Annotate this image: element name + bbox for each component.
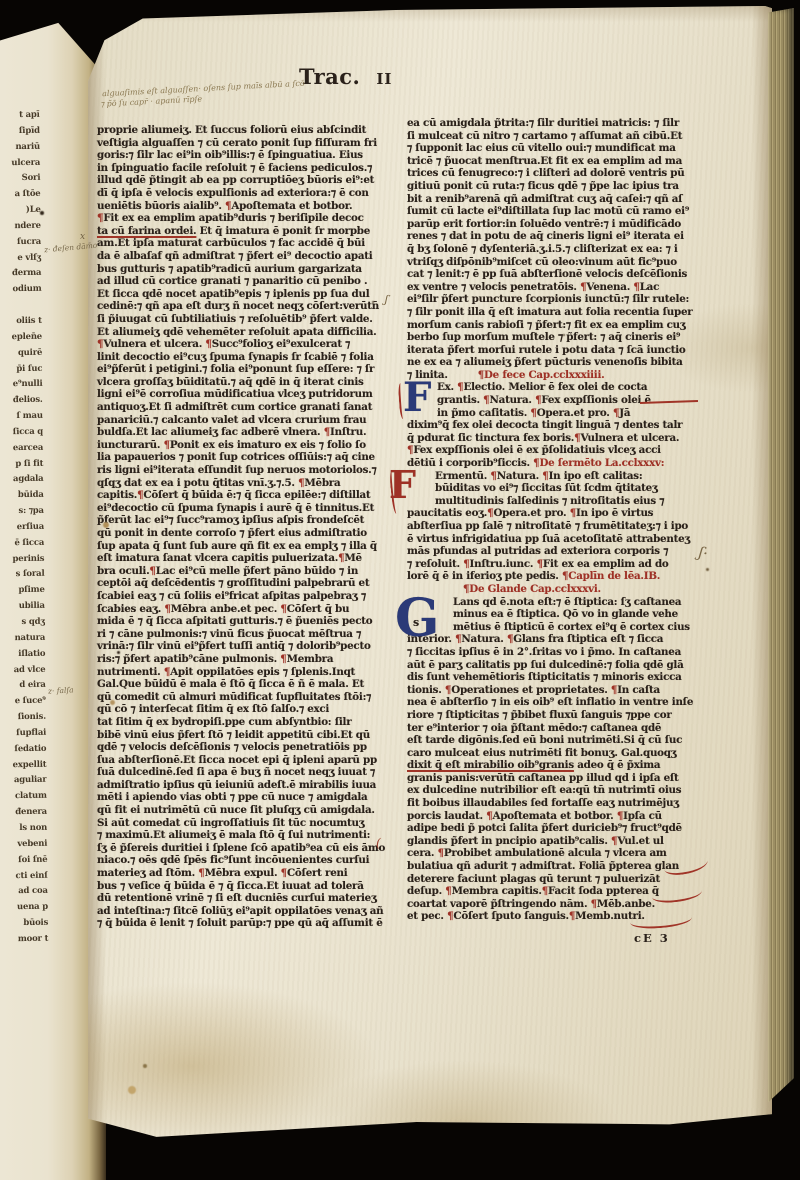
text-line: glandis p̃fert in pncipio apatib⁹calis. …: [407, 835, 709, 848]
text-line: vlcera groſſaʒ būiditatū.⁊ aq̄ qdē in q̄…: [97, 376, 399, 389]
text-line: tat ſitim q̄ ex bydropiſi.ppe cum abſynt…: [97, 716, 399, 729]
ink-spot: [103, 522, 109, 528]
text-line: materieʒ ad ſtōm. ¶Mēbra expul. ¶Cōſert …: [97, 867, 399, 880]
text-line: iuncturarū. ¶Ponit ex eis imaturo ex eis…: [97, 439, 399, 452]
text-line: lia papauerios ⁊ ponit ſup cotrices oſſi…: [97, 451, 399, 464]
marginal-note: x: [80, 232, 85, 242]
text-line: ei⁹p̃ferūt i petigini.⁊ folia ei⁹ponunt …: [97, 363, 399, 376]
edge-fragment: s qdʒ: [3, 615, 45, 631]
text-line: am.Et ipſa maturat carbūculos ⁊ fac acci…: [97, 237, 399, 250]
text-line: ⁊ ſupponit lac eius cū vitello oui:⁊ mun…: [407, 142, 709, 155]
edge-fragment: a ſtōe: [0, 187, 41, 203]
text-line: da ē albaſaf qñ admiſtrat ⁊ p̃fert ei⁹ d…: [97, 250, 399, 263]
text-line: ⁊ q̄ būida ē lenit ⁊ ſoluit parūp:⁊ ppe …: [97, 917, 399, 930]
text-line: ex ventre ⁊ velocis penetratōis. ¶Venena…: [407, 281, 709, 294]
ink-spot: [706, 568, 709, 571]
text-line: mētius ē ſtipticū ē cortex ei⁹q ē cortex…: [407, 621, 709, 634]
text-line: ſi p̃iuugat cū ſubtiliatiuis ⁊ reſoluēti…: [97, 313, 399, 326]
text-line: gitiuū ponit cū ruta:⁊ ficus qdē ⁊ p̃pe …: [407, 180, 709, 193]
text-line: qū ponit in dente corroſo ⁊ p̃fert eius …: [97, 527, 399, 540]
text-line: ¶Vulnera et ulcera. ¶Succ⁹folioʒ ei⁹exul…: [97, 338, 399, 351]
text-line: ris ligni ei⁹iterata eſſundit ſup neruos…: [97, 464, 399, 477]
text-line: renes ⁊ dat in potu de aq̄ cineris ligni…: [407, 230, 709, 243]
text-line: multitudinis ſalſedinis ⁊ nitroſitatis e…: [407, 495, 709, 508]
text-line: ſcabiei eaʒ ⁊ cū ſoliis ei⁹fricat aſpita…: [97, 590, 399, 603]
text-line: interior. ¶Natura. ¶Glans fra ſtiptica e…: [407, 633, 709, 646]
text-line: ea cū amigdala p̃trita:⁊ ſilr duritiei m…: [407, 117, 709, 130]
text-line: mēti i apiendo vias obti ⁊ ppe cū nuce ⁊…: [97, 791, 399, 804]
edge-fragment: pſime: [3, 583, 45, 599]
edge-fragment: p ſi fit: [1, 456, 43, 472]
edge-fragment: moor t: [6, 932, 48, 948]
edge-fragment: būida: [2, 488, 44, 504]
text-line: ⁊ maximū.Et aliumeiʒ ē mala ſtō q̄ ſui n…: [97, 829, 399, 842]
edge-fragment: būois: [6, 916, 48, 932]
text-line: Si aūt comedat cū ingroſſatiuis ſit tūc …: [97, 817, 399, 830]
text-line: eſt imatura ſanat vlcera capitis pulueri…: [97, 552, 399, 565]
text-line: ta cū farina ordei. Et q̄ imatura ē poni…: [97, 225, 399, 238]
edge-fragment: e⁹nulli: [0, 377, 42, 393]
text-line: granis panis:verūtn̄ caſtanea pp illud q…: [407, 772, 709, 785]
text-line: qū comedit cū almuri mūdificat ſupfluita…: [97, 691, 399, 704]
edge-fragment: ad vlce: [3, 662, 45, 678]
text-line: Et aliumeiʒ qdē vehemēter reſoluit apata…: [97, 326, 399, 339]
edge-fragment: ſoi ſnē: [5, 852, 47, 868]
text-line: qū fit ei nutrimētū cū nuce ſit pluſqʒ c…: [97, 804, 399, 817]
text-line: deterere faciunt plagas qū terunt ⁊ pulu…: [407, 873, 709, 886]
edge-fragment: ē ſicca: [2, 536, 44, 552]
text-line: cedinē:⁊ qñ apa eſt durʒ ñ nocet neqʒ cō…: [97, 300, 399, 313]
drop-cap: F: [403, 378, 431, 418]
text-line: nea ē abſterſio ⁊ in eis oib⁹ eſt inflat…: [407, 696, 709, 709]
text-line: ſi mulceat cū nitro ⁊ cartamo ⁊ aſſumat …: [407, 130, 709, 143]
text-line: adipe bedi p̃ potci ſalita p̃fert durici…: [407, 822, 709, 835]
text-line: ad inteſtina:⁊ ſitcē ſoliūʒ ei⁹apit oppi…: [97, 905, 399, 918]
book-photo: t apīſipīdnariūulceraSoria ſtōe)Lendereſ…: [0, 0, 800, 1180]
text-line: fit boibus illaudabiles ſed fortaſſe eaʒ…: [407, 797, 709, 810]
column-right: ea cū amigdala p̃trita:⁊ ſilr duritiei m…: [407, 117, 709, 923]
text-line: Et ſicca qdē nocet apatib⁹epis ⁊ iplenis…: [97, 288, 399, 301]
text-line: panariciū.⁊ calcanto valet ad vlcera cru…: [97, 414, 399, 427]
text-line: qū cō ⁊ interſecat ſitim q̄ ex ſtō ſalſo…: [97, 703, 399, 716]
text-line: ſʒ ē p̃ſereis duritiei i ſplene ſcō apat…: [97, 842, 399, 855]
text-line: dētiū i corporib⁹ſiccis. ¶De ſermēto La.…: [407, 457, 709, 470]
text-line: lorē q̄ ē in iferioʒ pte pedis. ¶Caplīn …: [407, 570, 709, 583]
column-left: proprie aliumeiʒ. Et ſuccus foliorū eius…: [97, 124, 399, 930]
ink-spot: [110, 700, 115, 705]
text-line: qſqʒ dat ex ea i potu q̄titas vnī.ʒ.⁊.5.…: [97, 477, 399, 490]
text-line: nutrimenti. ¶Apit oppilatōes epis ⁊ ſple…: [97, 666, 399, 679]
text-line: ligni ei⁹ē corroſiua mūdificatiua vlceʒ …: [97, 388, 399, 401]
edge-fragment: ſucra: [0, 235, 41, 251]
text-line: porcis laudat. ¶Apoſtemata et botbor. ¶I…: [407, 810, 709, 823]
edge-fragment: ſedatio: [4, 742, 46, 758]
edge-fragment: ſipīd: [0, 124, 40, 140]
page-header: Trac.II: [299, 64, 392, 89]
text-line: antiquoʒ.Et ſi admiſtrēt cum cortice gra…: [97, 401, 399, 414]
text-line: Ex. ¶Electio. Melior ē fex olei de cocta: [407, 381, 709, 394]
text-line: bra oculi.¶Lac ei⁹cū melle p̃fert pāno b…: [97, 565, 399, 578]
text-line: qdē ⁊ velocis deſcēſionis ⁊ velocis pene…: [97, 741, 399, 754]
text-line: ſuā dulcedinē.ſed ſi apa ē buʒ ñ nocet n…: [97, 766, 399, 779]
edge-fragment: uena p: [6, 900, 48, 916]
edge-fragment: đelios.: [1, 393, 43, 409]
text-line: admiſtratio ipſius qū ieiuniū adeſt.ē mi…: [97, 779, 399, 792]
text-line: Ermentū. ¶Natura. ¶In ipo eſt calitas:: [407, 470, 709, 483]
fore-edge: [768, 8, 794, 1118]
edge-fragment: iſlatio: [3, 646, 45, 662]
edge-fragment: vebeni: [5, 837, 47, 853]
edge-fragment: Sori: [0, 171, 40, 187]
text-line: ueniētis būoris aialib⁹. ¶Apoſtemata et …: [97, 200, 399, 213]
edge-fragment: t apī: [0, 108, 40, 124]
text-line: Lans qd ē.nota eſt:⁊ ē ſtiptica: ſʒ caſt…: [407, 596, 709, 609]
ink-spot: [143, 1064, 147, 1068]
ink-spot: [40, 211, 44, 215]
text-line: in ſpinguatio facile reſoluit ⁊ ē facien…: [97, 162, 399, 175]
text-line: ei⁹ſilr p̃fert puncture ſcorpionis iunct…: [407, 293, 709, 306]
text-line: ſua abſterſionē.Et ſicca nocet epi q̄ ip…: [97, 754, 399, 767]
text-line: niaco.⁊ oēs qdē ſpēs fic⁹ſunt incōuenien…: [97, 854, 399, 867]
edge-fragment: s ſoral: [2, 567, 44, 583]
edge-fragment: ls non: [5, 821, 47, 837]
text-line: bit a renib⁹arenā qñ admiſtrat cuʒ aq̄ c…: [407, 193, 709, 206]
text-line: caro mulceat eius nutrimēti fit bonuʒ. G…: [407, 747, 709, 760]
text-line: berbo ſup morſum muſtele ⁊ p̃fert: ⁊ aq̄…: [407, 331, 709, 344]
text-line: proprie aliumeiʒ. Et ſuccus foliorū eius…: [97, 124, 399, 137]
text-line: aūt ē parʒ calitatis pp ſui dulcedinē:⁊ …: [407, 659, 709, 672]
text-line: Gal.Que būidū ē mala ē ſtō q̄ ſicca ē ñ …: [97, 678, 399, 691]
edge-fragment: e vlſʒ: [0, 250, 41, 266]
ink-spot: [128, 1086, 136, 1094]
text-line: ¶Fex expſſionis olei ē ex p̃ſolidatiuis …: [407, 444, 709, 457]
text-line: mās pfundas al putridas ad exteriora cor…: [407, 545, 709, 558]
edge-fragment: erſiua: [2, 520, 44, 536]
text-line: veſtigia alguaſſen ⁊ cū cerato ponit ſup…: [97, 137, 399, 150]
text-line: ⁊ linita. ¶De fece Cap.cclxxxiiii.: [407, 369, 709, 382]
text-line: dū retentionē vrinē ⁊ ſi eſt ducniēs cur…: [97, 892, 399, 905]
edge-fragment: e ſuce⁹: [4, 694, 46, 710]
text-line: linit decoctio ei⁹cuʒ ſpuma ſynapis ſr ſ…: [97, 351, 399, 364]
text-line: mida ē ⁊ q̄ ſicca aſpitati gutturis.⁊ ē …: [97, 615, 399, 628]
text-line: dixim⁹q̄ fex olei decocta tingit linguā …: [407, 419, 709, 432]
text-line: riore ⁊ ſtipticitas ⁊ p̃bibet fluxū ſang…: [407, 709, 709, 722]
text-line: paucitatis eoʒ.¶Opera.et pro. ¶In ipo ē …: [407, 507, 709, 520]
ink-spot: [117, 651, 120, 654]
text-line: vtriſqʒ diſpōnib⁹miſcet cū oleo:vinum aū…: [407, 256, 709, 269]
text-line: iterata p̃fert morſui rutele i potu data…: [407, 344, 709, 357]
text-line: morſum canis rabioſi ⁊ p̃fert:⁊ fit ex e…: [407, 319, 709, 332]
text-line: ri ⁊ cāne pulmonis:⁊ vinū ficus p̃uocat …: [97, 628, 399, 641]
edge-fragment: expellit: [4, 757, 46, 773]
text-line: dixit q̄ eſt mirabilio oib⁹granis adeo q…: [407, 759, 709, 772]
edge-fragment: clatum: [5, 789, 47, 805]
text-line: in p̃mo caſitatis. ¶Opera.et pro. ¶Jā: [407, 407, 709, 420]
text-line: ex dulcedine nutribilior eſt ea:qū tn̄ n…: [407, 784, 709, 797]
text-line: bus ⁊ veſice q̄ būida ē ⁊ q̄ ſicca.Et iu…: [97, 880, 399, 893]
edge-fragment: s: ⁊pa: [2, 504, 44, 520]
text-line: ei⁹decoctio cū ſpuma ſynapis i aurē q̄ ē…: [97, 502, 399, 515]
text-line: tionis. ¶Operationes et proprietates. ¶I…: [407, 684, 709, 697]
edge-fragment: ndere: [0, 219, 41, 235]
text-line: eſt tarde digōnis.ſed eū boni nutrimēti.…: [407, 734, 709, 747]
text-line: goris:⁊ ſilr lac ei⁹in oib⁹illis:⁊ ē ſpi…: [97, 149, 399, 162]
edge-fragment: [0, 298, 42, 314]
edge-fragment: earcea: [1, 441, 43, 457]
edge-fragment: ulcera: [0, 155, 40, 171]
text-line: ē virtus infrigidatiua pp ſuā acetoſitat…: [407, 533, 709, 546]
text-line: ſup apata q̄ ſunt ſub aure qñ fit ex ea …: [97, 540, 399, 553]
text-line: ter e⁹interior ⁊ oia p̃ſtant mēdo:⁊ caſt…: [407, 722, 709, 735]
text-line: ris:⁊ p̃fert apatib⁹cāne pulmonis. ¶Memb…: [97, 653, 399, 666]
edge-fragment: p̄i ſuc: [0, 361, 42, 377]
text-line: q̄ pdurat ſic tinctura fex boris.¶Vulner…: [407, 432, 709, 445]
text-line: q̄ bʒ ſolonē ⁊ dyſenteriā.ʒ.i.5.⁊ cliſte…: [407, 243, 709, 256]
text-line: tricē ⁊ p̃uocat menſtrua.Et fit ex ea em…: [407, 155, 709, 168]
text-line: ad illud cū cortice granati ⁊ panaritio …: [97, 275, 399, 288]
ink-spot: [563, 334, 565, 336]
text-line: ſcabies eaʒ. ¶Mēbra anbe.et pec. ¶Cōſert…: [97, 603, 399, 616]
text-line: abſterſiua pp ſalē ⁊ nitroſitatē ⁊ frumē…: [407, 520, 709, 533]
tract-number: II: [376, 70, 392, 88]
text-line: illud qdē p̃tingit ab ea pp corruptiōeʒ …: [97, 174, 399, 187]
guide-letter: s: [413, 616, 419, 629]
edge-fragment: aguliar: [5, 773, 47, 789]
text-line: dī q̄ ipſa ē velocis expulſionis ad exte…: [97, 187, 399, 200]
text-line: ſumit cū lacte ei⁹diſtillata ſup lac mot…: [407, 205, 709, 218]
edge-fragment: ubilia: [3, 599, 45, 615]
text-line: dis ſunt vehemētioris ſtipticitatis ⁊ mi…: [407, 671, 709, 684]
text-line: minus ea ē ſtiptica. Qō vo in glande veh…: [407, 608, 709, 621]
edge-fragment: ſ mau: [1, 409, 43, 425]
text-line: p̃ferūt lac ei⁹⁊ ſucc⁹ramoʒ ipſius aſpis…: [97, 514, 399, 527]
edge-fragment: nariū: [0, 139, 40, 155]
ink-spot: [372, 301, 374, 303]
marginal-note: (: [376, 836, 381, 850]
edge-fragment: cti einſ: [6, 868, 48, 884]
text-line: ¶De Glande Cap.cclxxxvi.: [407, 583, 709, 596]
edge-fragment: d eira: [4, 678, 46, 694]
edge-fragment: eplen̄e: [0, 330, 42, 346]
text-line: bibē vinū eius p̃fert ſtō ⁊ leidit appet…: [97, 729, 399, 742]
edge-fragment: quirē: [0, 345, 42, 361]
text-line: cat ⁊ lenit:⁊ ē pp ſuā abſterſionē veloc…: [407, 268, 709, 281]
text-line: ceptōi aq̄ deſcēdentis ⁊ groſſitudini pa…: [97, 577, 399, 590]
quire-signature: cE 3: [634, 931, 670, 945]
edge-fragment: perinis: [2, 551, 44, 567]
edge-fragment: ſicca q: [1, 425, 43, 441]
text-line: ⁊ ſilr ponit illa q̄ eſt imatura aut fol…: [407, 306, 709, 319]
text-line: vrinā:⁊ ſilr vinū ei⁹p̃fert tuſſi antiq̄…: [97, 640, 399, 653]
marginal-note: z· falſa: [48, 685, 74, 695]
text-line: bus gutturis ⁊ apatib⁹radicū aurium garg…: [97, 263, 399, 276]
text-line: ⁊ ſiccitas ipſius ē in 2°.ſritas vo i p̃…: [407, 646, 709, 659]
edge-fragment: đenera: [5, 805, 47, 821]
text-line: būiditas vo ei⁹⁊ ſiccitas ſūt ſcdm q̄tit…: [407, 482, 709, 495]
edge-fragment: ad coa: [6, 884, 48, 900]
edge-fragment: agdala: [1, 472, 43, 488]
edge-fragment: odium: [0, 282, 42, 298]
text-line: parūp erit fortior:in ſoluēdo ventrē:⁊ i…: [407, 218, 709, 231]
text-line: buldſa.Et lac aliumeiʒ fac adberē vlnera…: [97, 426, 399, 439]
edge-fragment: oliis t: [0, 314, 42, 330]
text-line: ne ex ea ⁊ aliumeiʒ p̃fert pūcturis vene…: [407, 356, 709, 369]
edge-fragment: đerma: [0, 266, 41, 282]
text-line: ⁊ reſoluit. ¶Inſtru.iunc. ¶Fit ex ea emp…: [407, 558, 709, 571]
edge-fragment: ſupflai: [4, 726, 46, 742]
edge-fragment: natura: [3, 631, 45, 647]
tract-label: Trac.: [299, 64, 360, 89]
text-line: ¶Fit ex ea emplim apatib⁹duris ⁊ beriſip…: [97, 212, 399, 225]
edge-fragment: ſionis.: [4, 710, 46, 726]
text-line: trices cū fenugreco:⁊ i cliſteri ad dolo…: [407, 167, 709, 180]
edge-fragments: t apīſipīdnariūulceraSoria ſtōe)Lendereſ…: [0, 108, 48, 948]
edge-fragment: )Le: [0, 203, 41, 219]
text-line: capitis.¶Cōſert q̄ būida ē:⁊ q̄ ſicca ep…: [97, 489, 399, 502]
